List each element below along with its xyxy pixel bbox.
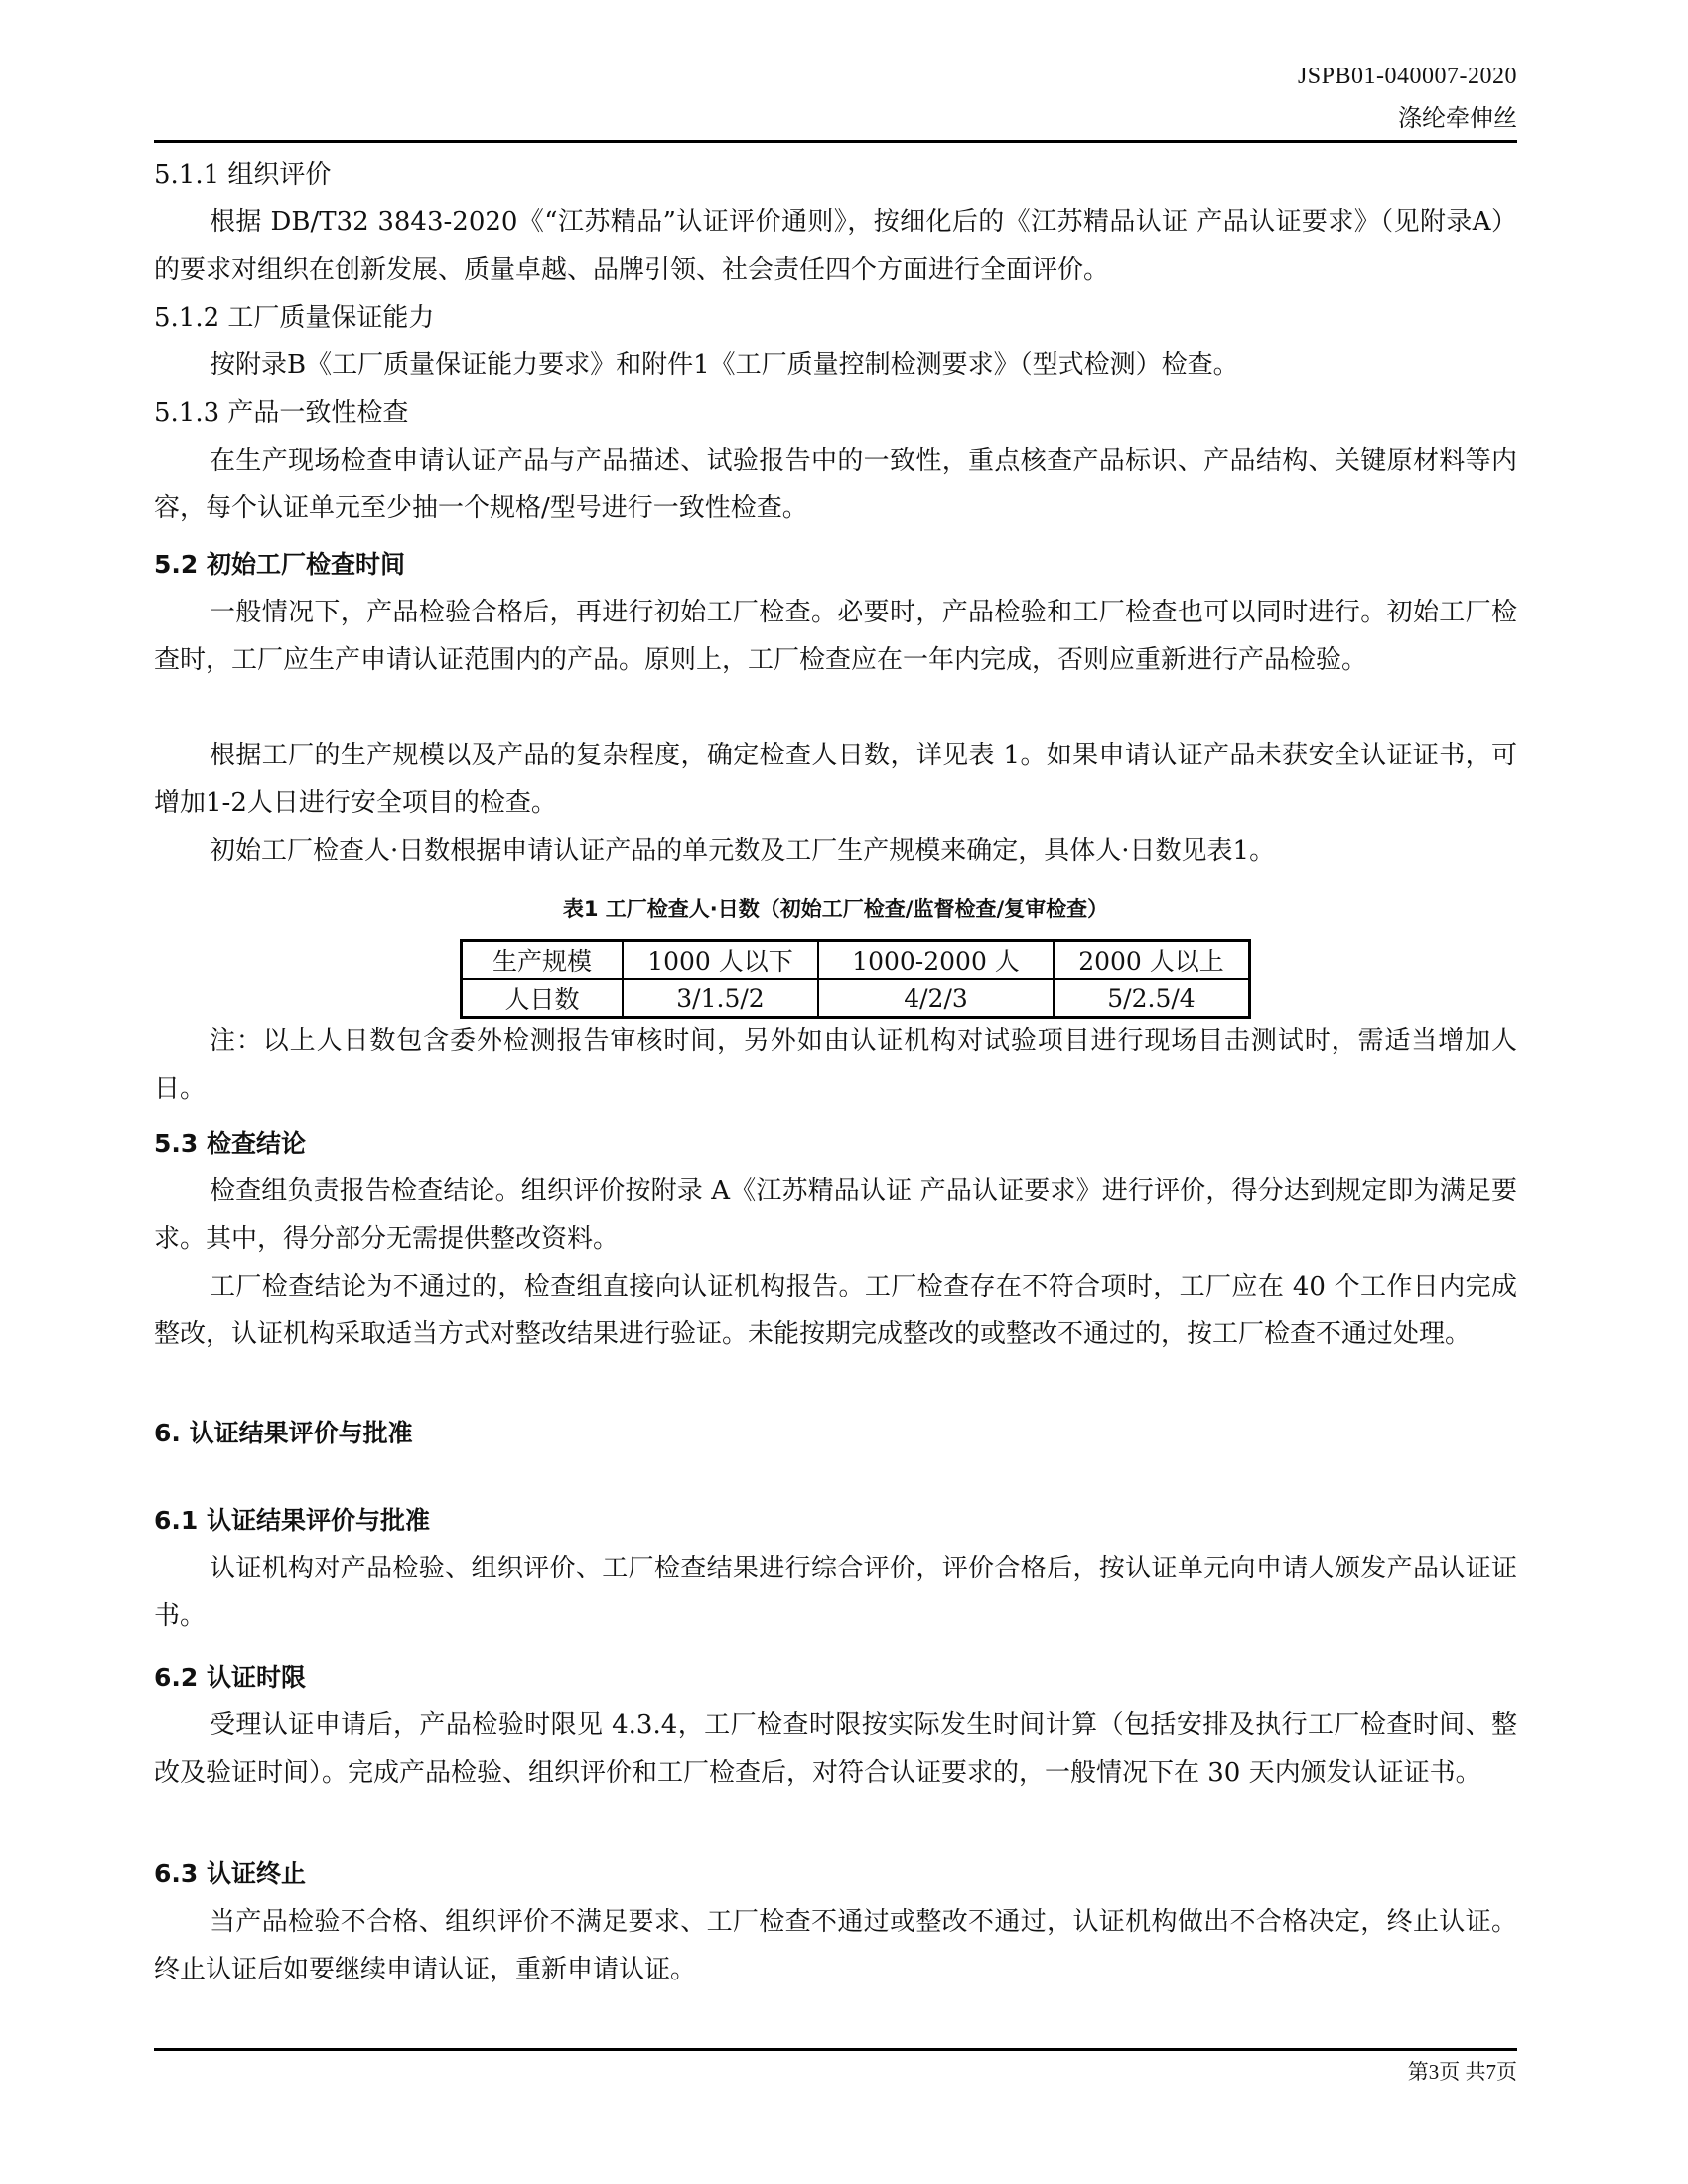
table-note: 注：以上人日数包含委外检测报告审核时间，另外如由认证机构对试验项目进行现场目击测… (154, 1018, 1517, 1113)
table-cell: 人日数 (462, 979, 624, 1018)
paragraph-termination: 当产品检验不合格、组织评价不满足要求、工厂检查不通过或整改不通过，认证机构做出不… (154, 1898, 1517, 1993)
table-header-row: 生产规模 1000 人以下 1000-2000 人 2000 人以上 (462, 941, 1250, 980)
footer-divider (154, 2048, 1517, 2051)
document-code: JSPB01-040007-2020 (1298, 64, 1517, 90)
inspection-days-table: 生产规模 1000 人以下 1000-2000 人 2000 人以上 人日数 3… (460, 939, 1251, 1019)
table-cell: 生产规模 (462, 941, 624, 980)
heading-6: 6. 认证结果评价与批准 (154, 1410, 1517, 1457)
heading-6-3: 6.3 认证终止 (154, 1850, 1517, 1898)
document-page: JSPB01-040007-2020 涤纶牵伸丝 5.1.1 组织评价 根据 D… (154, 0, 1517, 2184)
paragraph-inspection-conclusion: 检查组负责报告检查结论。组织评价按附录 A《江苏精品认证 产品认证要求》进行评价… (154, 1167, 1517, 1263)
paragraph-nonconformity: 工厂检查结论为不通过的，检查组直接向认证机构报告。工厂检查存在不符合项时，工厂应… (154, 1263, 1517, 1358)
table-cell: 1000 人以下 (623, 941, 818, 980)
page-number: 第3页 共7页 (1408, 2056, 1517, 2086)
paragraph-result-approval: 认证机构对产品检验、组织评价、工厂检查结果进行综合评价，评价合格后，按认证单元向… (154, 1545, 1517, 1640)
table-cell: 1000-2000 人 (818, 941, 1054, 980)
heading-6-1: 6.1 认证结果评价与批准 (154, 1497, 1517, 1545)
table-cell: 2000 人以上 (1054, 941, 1250, 980)
heading-6-2: 6.2 认证时限 (154, 1654, 1517, 1702)
table-row: 人日数 3/1.5/2 4/2/3 5/2.5/4 (462, 979, 1250, 1018)
table-caption: 表1 工厂检查人·日数（初始工厂检查/监督检查/复审检查） (154, 893, 1517, 923)
table-cell: 4/2/3 (818, 979, 1054, 1018)
heading-5-2: 5.2 初始工厂检查时间 (154, 541, 1517, 589)
paragraph-inspection-timing: 一般情况下，产品检验合格后，再进行初始工厂检查。必要时，产品检验和工厂检查也可以… (154, 589, 1517, 684)
heading-5-1-3: 5.1.3 产品一致性检查 (154, 389, 1517, 437)
paragraph-consistency-check: 在生产现场检查申请认证产品与产品描述、试验报告中的一致性，重点核查产品标识、产品… (154, 437, 1517, 532)
document-title: 涤纶牵伸丝 (1398, 98, 1517, 133)
heading-5-3: 5.3 检查结论 (154, 1120, 1517, 1167)
paragraph-person-days-basis: 初始工厂检查人·日数根据申请认证产品的单元数及工厂生产规模来确定，具体人·日数见… (154, 827, 1517, 875)
table-cell: 5/2.5/4 (1054, 979, 1250, 1018)
table-cell: 3/1.5/2 (623, 979, 818, 1018)
paragraph-quality-assurance: 按附录B《工厂质量保证能力要求》和附件1《工厂质量控制检测要求》（型式检测）检查… (154, 341, 1517, 389)
heading-5-1-1: 5.1.1 组织评价 (154, 151, 1517, 199)
heading-5-1-2: 5.1.2 工厂质量保证能力 (154, 294, 1517, 341)
paragraph-person-days: 根据工厂的生产规模以及产品的复杂程度，确定检查人日数，详见表 1。如果申请认证产… (154, 732, 1517, 827)
paragraph-organization-evaluation: 根据 DB/T32 3843-2020《“江苏精品”认证评价通则》，按细化后的《… (154, 199, 1517, 294)
header-divider (154, 140, 1517, 143)
paragraph-time-limit: 受理认证申请后，产品检验时限见 4.3.4，工厂检查时限按实际发生时间计算（包括… (154, 1702, 1517, 1797)
